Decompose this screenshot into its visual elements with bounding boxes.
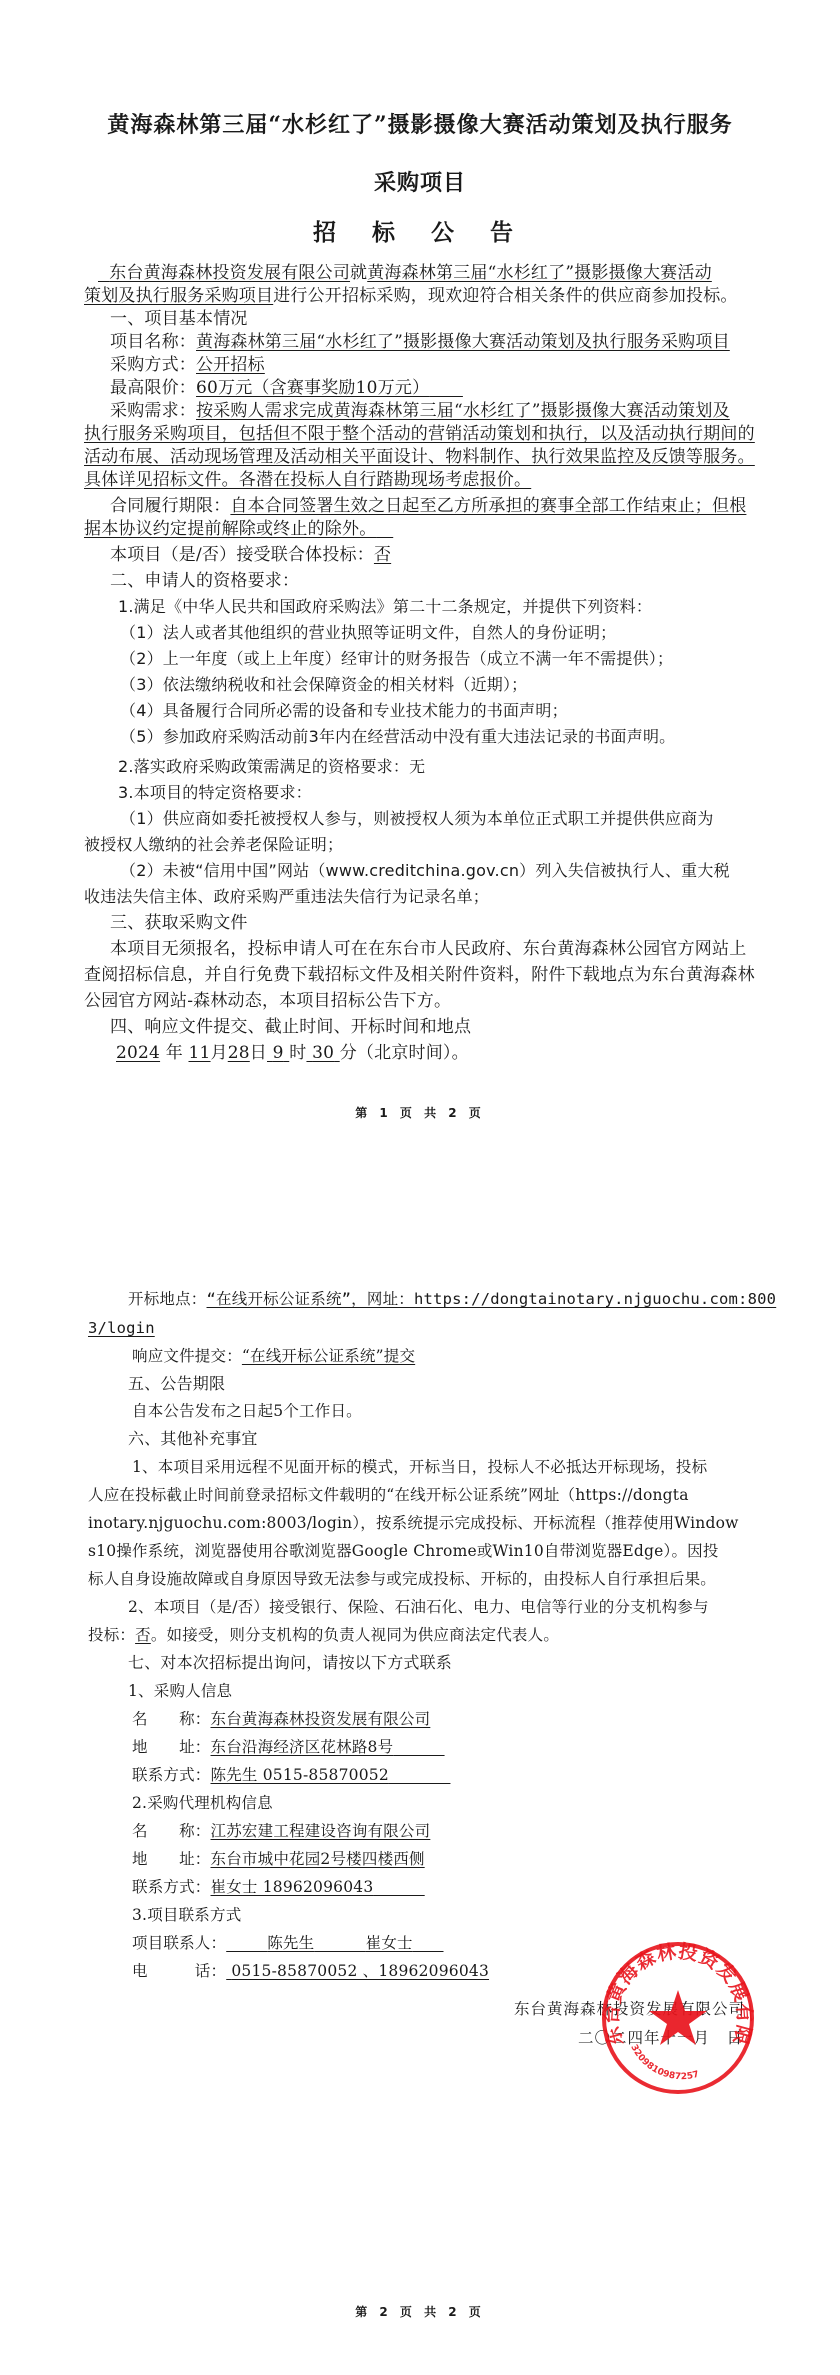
special-requirement-2-line2: 收违法失信主体、政府采购严重违法失信行为记录名单； xyxy=(84,886,489,908)
venue-url-line1[interactable]: “在线开标公证系统”，网址：https://dongtainotary.njgu… xyxy=(207,1290,777,1308)
requirement-1: 1.满足《中华人民共和国政府采购法》第二十二条规定，并提供下列资料： xyxy=(118,596,652,618)
agency-address-value: 东台市城中花园2号楼四楼西侧 xyxy=(211,1850,425,1868)
section5-text: 自本公告发布之日起5个工作日。 xyxy=(132,1400,362,1422)
section6-p2-line1: 2、本项目（是/否）接受银行、保险、石油石化、电力、电信等行业的分支机构参与 xyxy=(128,1596,709,1618)
notice-title: 招 标 公 告 xyxy=(0,214,840,247)
max-price-value: 60万元（含赛事奖励10万元） xyxy=(196,378,429,398)
section6-p1-line5: 标人自身设施故障或自身原因导致无法参与或完成投标、开标的，由投标人自行承担后果。 xyxy=(88,1568,716,1590)
section6-p1-line2: 人应在投标截止时间前登录招标文件载明的“在线开标公证系统”网址（https://… xyxy=(88,1484,689,1506)
branch-bid-value: 否 xyxy=(135,1626,151,1644)
agency-contact-row: 联系方式：崔女士 18962096043 xyxy=(132,1876,425,1898)
procurement-method-row: 采购方式：公开招标 xyxy=(110,354,265,376)
section3-line2: 查阅招标信息，并自行免费下载招标文件及相关附件资料，附件下载地点为东台黄海森林 xyxy=(84,964,755,986)
project-name-part1: 黄海森林第三届“水杉红了”摄影摄像大赛活动 xyxy=(367,263,712,283)
intro-line1: 东台黄海森林投资发展有限公司就黄海森林第三届“水杉红了”摄影摄像大赛活动 xyxy=(98,262,712,284)
agency-address-row: 地 址：东台市城中花园2号楼四楼西侧 xyxy=(132,1848,425,1870)
document-title-line2: 采购项目 xyxy=(0,166,840,197)
purchaser-address-value: 东台沿海经济区花林路8号 xyxy=(211,1738,445,1756)
project-name-part2: 策划及执行服务采购项目 xyxy=(84,286,273,306)
special-requirement-2: （2）未被“信用中国”网站（www.creditchina.gov.cn）列入失… xyxy=(120,860,730,882)
signature-date: 二〇二四年十一月 日 xyxy=(578,2027,743,2049)
special-requirement-1: （1）供应商如委托被授权人参与，则被授权人须为本单位正式职工并提供供应商为 xyxy=(120,808,714,830)
document-title-line1: 黄海森林第三届“水杉红了”摄影摄像大赛活动策划及执行服务 xyxy=(0,108,840,139)
contract-term-line2: 据本协议约定提前解除或终止的除外。 xyxy=(84,518,393,540)
demand-line4: 具体详见招标文件。各潜在投标人自行踏勘现场考虑报价。 xyxy=(84,469,531,491)
page-1: 黄海森林第三届“水杉红了”摄影摄像大赛活动策划及执行服务 采购项目 招 标 公 … xyxy=(0,0,840,1220)
page-footer-2: 第 2 页 共 2 页 xyxy=(0,2303,840,2320)
section5-heading: 五、公告期限 xyxy=(128,1373,225,1395)
project-name-row: 项目名称：黄海森林第三届“水杉红了”摄影摄像大赛活动策划及执行服务采购项目 xyxy=(110,331,730,353)
demand-row: 采购需求：按采购人需求完成黄海森林第三届“水杉红了”摄影摄像大赛活动策划及 xyxy=(110,400,730,422)
requirement-2: 2.落实政府采购政策需满足的资格要求：无 xyxy=(118,756,425,778)
agency-info-heading: 2.采购代理机构信息 xyxy=(132,1792,273,1814)
project-name-value: 黄海森林第三届“水杉红了”摄影摄像大赛活动策划及执行服务采购项目 xyxy=(196,332,730,352)
consortium-row: 本项目（是/否）接受联合体投标：否 xyxy=(110,544,391,566)
deadline-row: 2024 年 11月28日 9 时 30 分（北京时间）。 xyxy=(116,1042,469,1064)
deadline-month: 11 xyxy=(189,1043,211,1063)
deadline-day: 28 xyxy=(228,1043,250,1063)
agency-name-row: 名 称：江苏宏建工程建设咨询有限公司 xyxy=(132,1820,430,1842)
demand-line3: 活动布展、活动现场管理及活动相关平面设计、物料制作、执行效果监控及反馈等服务。 xyxy=(84,446,755,468)
requirement-3: 3.本项目的特定资格要求： xyxy=(118,782,312,804)
max-price-row: 最高限价：60万元（含赛事奖励10万元） xyxy=(110,377,463,399)
submission-row: 响应文件提交：“在线开标公证系统”提交 xyxy=(132,1345,415,1367)
section6-p2-line2: 投标：否。如接受，则分支机构的负责人视同为供应商法定代表人。 xyxy=(88,1624,559,1646)
demand-line2: 执行服务采购项目，包括但不限于整个活动的营销活动策划和执行，以及活动执行期间的 xyxy=(84,423,755,445)
page-footer-1: 第 1 页 共 2 页 xyxy=(0,1104,840,1121)
requirement-item-3: （3）依法缴纳税收和社会保障资金的相关材料（近期）； xyxy=(120,674,527,696)
section7-heading: 七、对本次招标提出询问，请按以下方式联系 xyxy=(128,1652,452,1674)
purchaser-contact-row: 联系方式：陈先生 0515-85870052 xyxy=(132,1764,450,1786)
section4-heading: 四、响应文件提交、截止时间、开标时间和地点 xyxy=(110,1016,471,1038)
deadline-minute: 30 xyxy=(306,1043,339,1063)
agency-name-value: 江苏宏建工程建设咨询有限公司 xyxy=(211,1822,431,1840)
project-contact-row: 项目联系人： 陈先生 崔女士 xyxy=(132,1932,444,1954)
venue-row: 开标地点：“在线开标公证系统”，网址：https://dongtainotary… xyxy=(128,1288,776,1310)
purchaser-name-value: 东台黄海森林投资发展有限公司 xyxy=(211,1710,431,1728)
purchaser-name-row: 名 称：东台黄海森林投资发展有限公司 xyxy=(132,1708,430,1730)
procurement-method-value: 公开招标 xyxy=(196,355,265,375)
section2-heading: 二、申请人的资格要求： xyxy=(110,570,299,592)
special-requirement-1-line2: 被授权人缴纳的社会养老保险证明； xyxy=(84,834,343,856)
project-phone-row: 电 话： 0515-85870052 、18962096043 xyxy=(132,1960,489,1982)
consortium-value: 否 xyxy=(374,545,391,565)
purchaser-contact-value: 陈先生 0515-85870052 xyxy=(211,1766,451,1784)
requirement-item-1: （1）法人或者其他组织的营业执照等证明文件，自然人的身份证明； xyxy=(120,622,616,644)
contract-term-row: 合同履行期限：自本合同签署生效之日起至乙方所承担的赛事全部工作结束止；但根 xyxy=(110,495,746,517)
section1-heading: 一、项目基本情况 xyxy=(110,308,248,330)
intro-line2: 策划及执行服务采购项目进行公开招标采购，现欢迎符合相关条件的供应商参加投标。 xyxy=(84,285,738,307)
purchaser-info-heading: 1、采购人信息 xyxy=(128,1680,232,1702)
agency-contact-value: 崔女士 18962096043 xyxy=(211,1878,425,1896)
submission-value: “在线开标公证系统”提交 xyxy=(242,1347,415,1365)
section3-heading: 三、获取采购文件 xyxy=(110,912,248,934)
section6-p1-line3: inotary.njguochu.com:8003/login），按系统提示完成… xyxy=(88,1512,739,1534)
purchaser-address-row: 地 址：东台沿海经济区花林路8号 xyxy=(132,1736,445,1758)
project-phone-value: 0515-85870052 、18962096043 xyxy=(226,1962,489,1980)
venue-url-line2[interactable]: 3/login xyxy=(88,1317,155,1339)
deadline-hour: 9 xyxy=(267,1043,289,1063)
requirement-item-2: （2）上一年度（或上上年度）经审计的财务报告（成立不满一年不需提供）； xyxy=(120,648,673,670)
page-2: 开标地点：“在线开标公证系统”，网址：https://dongtainotary… xyxy=(0,1220,840,2375)
section3-line3: 公园官方网站-森林动态，本项目招标公告下方。 xyxy=(84,990,451,1012)
purchaser-name: 东台黄海森林投资发展有限公司 xyxy=(109,263,350,283)
project-contact-heading: 3.项目联系方式 xyxy=(132,1904,241,1926)
signature-company: 东台黄海森林投资发展有限公司 xyxy=(514,1998,745,2020)
section6-p1-line1: 1、本项目采用远程不见面开标的模式，开标当日，投标人不必抵达开标现场，投标 xyxy=(132,1456,707,1478)
section3-line1: 本项目无须报名，投标申请人可在在东台市人民政府、东台黄海森林公园官方网站上 xyxy=(110,938,746,960)
deadline-year: 2024 xyxy=(116,1043,160,1063)
section6-heading: 六、其他补充事宜 xyxy=(128,1428,258,1450)
project-contact-value: 陈先生 崔女士 xyxy=(226,1934,443,1952)
requirement-item-4: （4）具备履行合同所必需的设备和专业技术能力的书面声明； xyxy=(120,700,568,722)
section6-p1-line4: s10操作系统，浏览器使用谷歌浏览器Google Chrome或Win10自带浏… xyxy=(88,1540,719,1562)
requirement-item-5: （5）参加政府采购活动前3年内在经营活动中没有重大违法记录的书面声明。 xyxy=(120,726,675,748)
